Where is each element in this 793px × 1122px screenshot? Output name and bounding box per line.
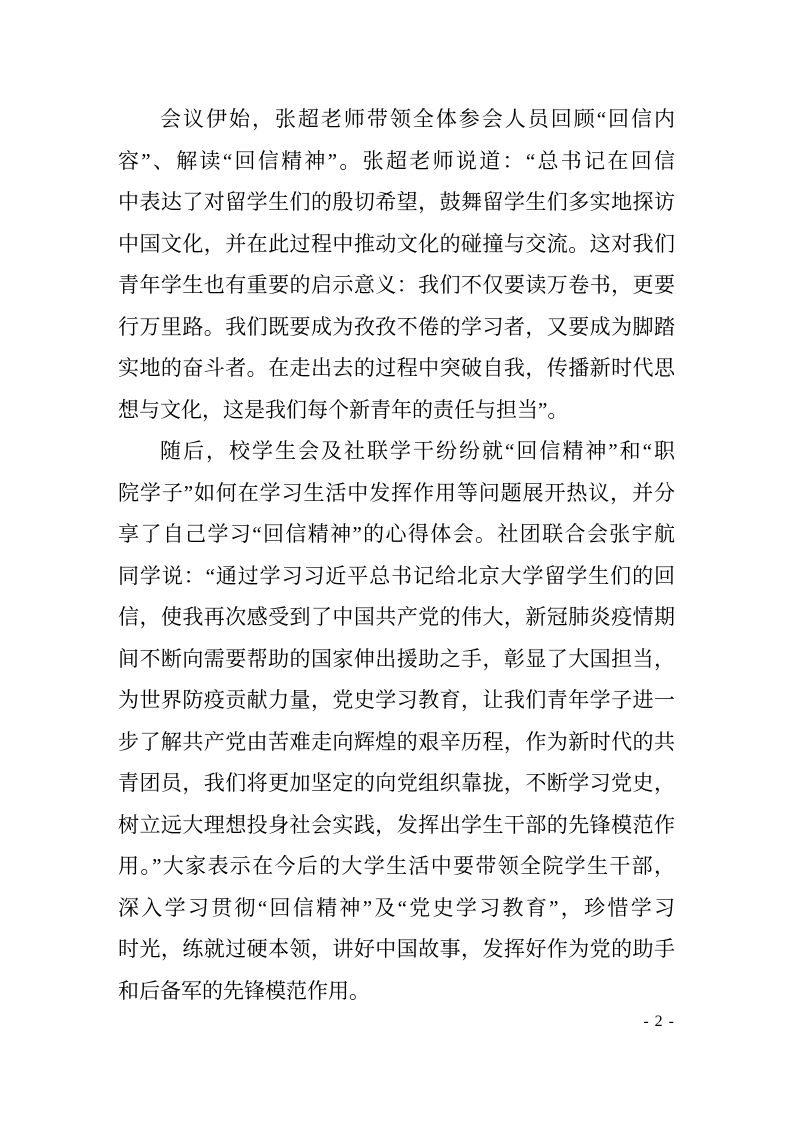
text-line: 为世界防疫贡献力量，党史学习教育，让我们青年学子进一 (118, 680, 675, 722)
text-line: 想与文化，这是我们每个新青年的责任与担当”。 (118, 390, 675, 432)
text-line: 中表达了对留学生们的殷切希望，鼓舞留学生们多实地探访 (118, 182, 675, 224)
text-line: 深入学习贯彻“回信精神”及“党史学习教育”，珍惜学习 (118, 888, 675, 930)
text-line: 院学子”如何在学习生活中发挥作用等问题展开热议，并分 (118, 473, 675, 515)
text-line: 享了自己学习“回信精神”的心得体会。社团联合会张宇航 (118, 514, 675, 556)
text-line: 实地的奋斗者。在走出去的过程中突破自我，传播新时代思 (118, 348, 675, 390)
text-line: 用。”大家表示在今后的大学生活中要带领全院学生干部， (118, 846, 675, 888)
text-line: 间不断向需要帮助的国家伸出援助之手，彰显了大国担当， (118, 639, 675, 681)
text-line: 青年学生也有重要的启示意义：我们不仅要读万卷书，更要 (118, 265, 675, 307)
text-line: 行万里路。我们既要成为孜孜不倦的学习者，又要成为脚踏 (118, 307, 675, 349)
page-number: - 2 - (118, 1012, 675, 1032)
document-body: 会议伊始，张超老师带领全体参会人员回顾“回信内容”、解读“回信精神”。张超老师说… (118, 99, 675, 1012)
text-line: 容”、解读“回信精神”。张超老师说道：“总书记在回信 (118, 141, 675, 183)
text-line: 和后备军的先锋模范作用。 (118, 971, 675, 1013)
document-page: 会议伊始，张超老师带领全体参会人员回顾“回信内容”、解读“回信精神”。张超老师说… (0, 0, 793, 1122)
text-line: 树立远大理想投身社会实践，发挥出学生干部的先锋模范作 (118, 805, 675, 847)
text-line: 中国文化，并在此过程中推动文化的碰撞与交流。这对我们 (118, 224, 675, 266)
text-line: 随后，校学生会及社联学干纷纷就“回信精神”和“职 (118, 431, 675, 473)
text-line: 同学说：“通过学习习近平总书记给北京大学留学生们的回 (118, 556, 675, 598)
text-line: 信，使我再次感受到了中国共产党的伟大，新冠肺炎疫情期 (118, 597, 675, 639)
text-line: 步了解共产党由苦难走向辉煌的艰辛历程，作为新时代的共 (118, 722, 675, 764)
text-line: 青团员，我们将更加坚定的向党组织靠拢，不断学习党史， (118, 763, 675, 805)
text-line: 时光，练就过硬本领，讲好中国故事，发挥好作为党的助手 (118, 929, 675, 971)
text-line: 会议伊始，张超老师带领全体参会人员回顾“回信内 (118, 99, 675, 141)
